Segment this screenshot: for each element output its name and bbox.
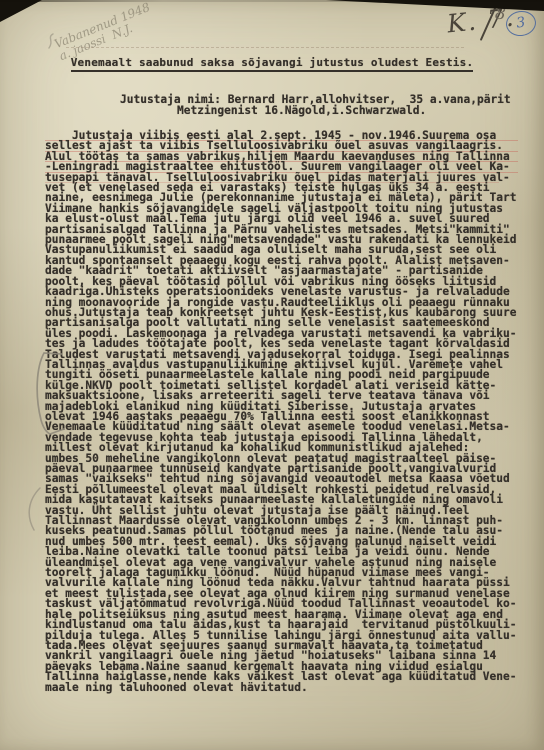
paper-top-edge-shadow: [0, 0, 544, 2]
typed-line: maale ning taluhooned olevat hävitatud.: [45, 683, 523, 693]
document-title: Venemaalt saabunud saksa sõjavangi jutus…: [71, 56, 474, 72]
screenshot-root: { "colors": { "paper": "#d7d0b5", "ink":…: [0, 0, 544, 750]
document-title-row: Venemaalt saabunud saksa sõjavangi jutus…: [0, 51, 544, 72]
typed-body-text: Jutustaja viibis eesti alal 2.sept. 1945…: [45, 131, 523, 693]
pencil-tick-icon: [44, 32, 58, 50]
pencil-squiggle-icon: [24, 486, 46, 532]
paper-sheet: Vabanenud 1948 a. jaossi N.J. K. 7. 8 3 …: [0, 0, 544, 750]
bleed-through-line: [66, 47, 464, 48]
pencil-margin-bracket-icon: [32, 350, 66, 438]
narrator-line-2: Metzingenist 16.Nägold,i.Schwarzwald.: [177, 104, 426, 117]
